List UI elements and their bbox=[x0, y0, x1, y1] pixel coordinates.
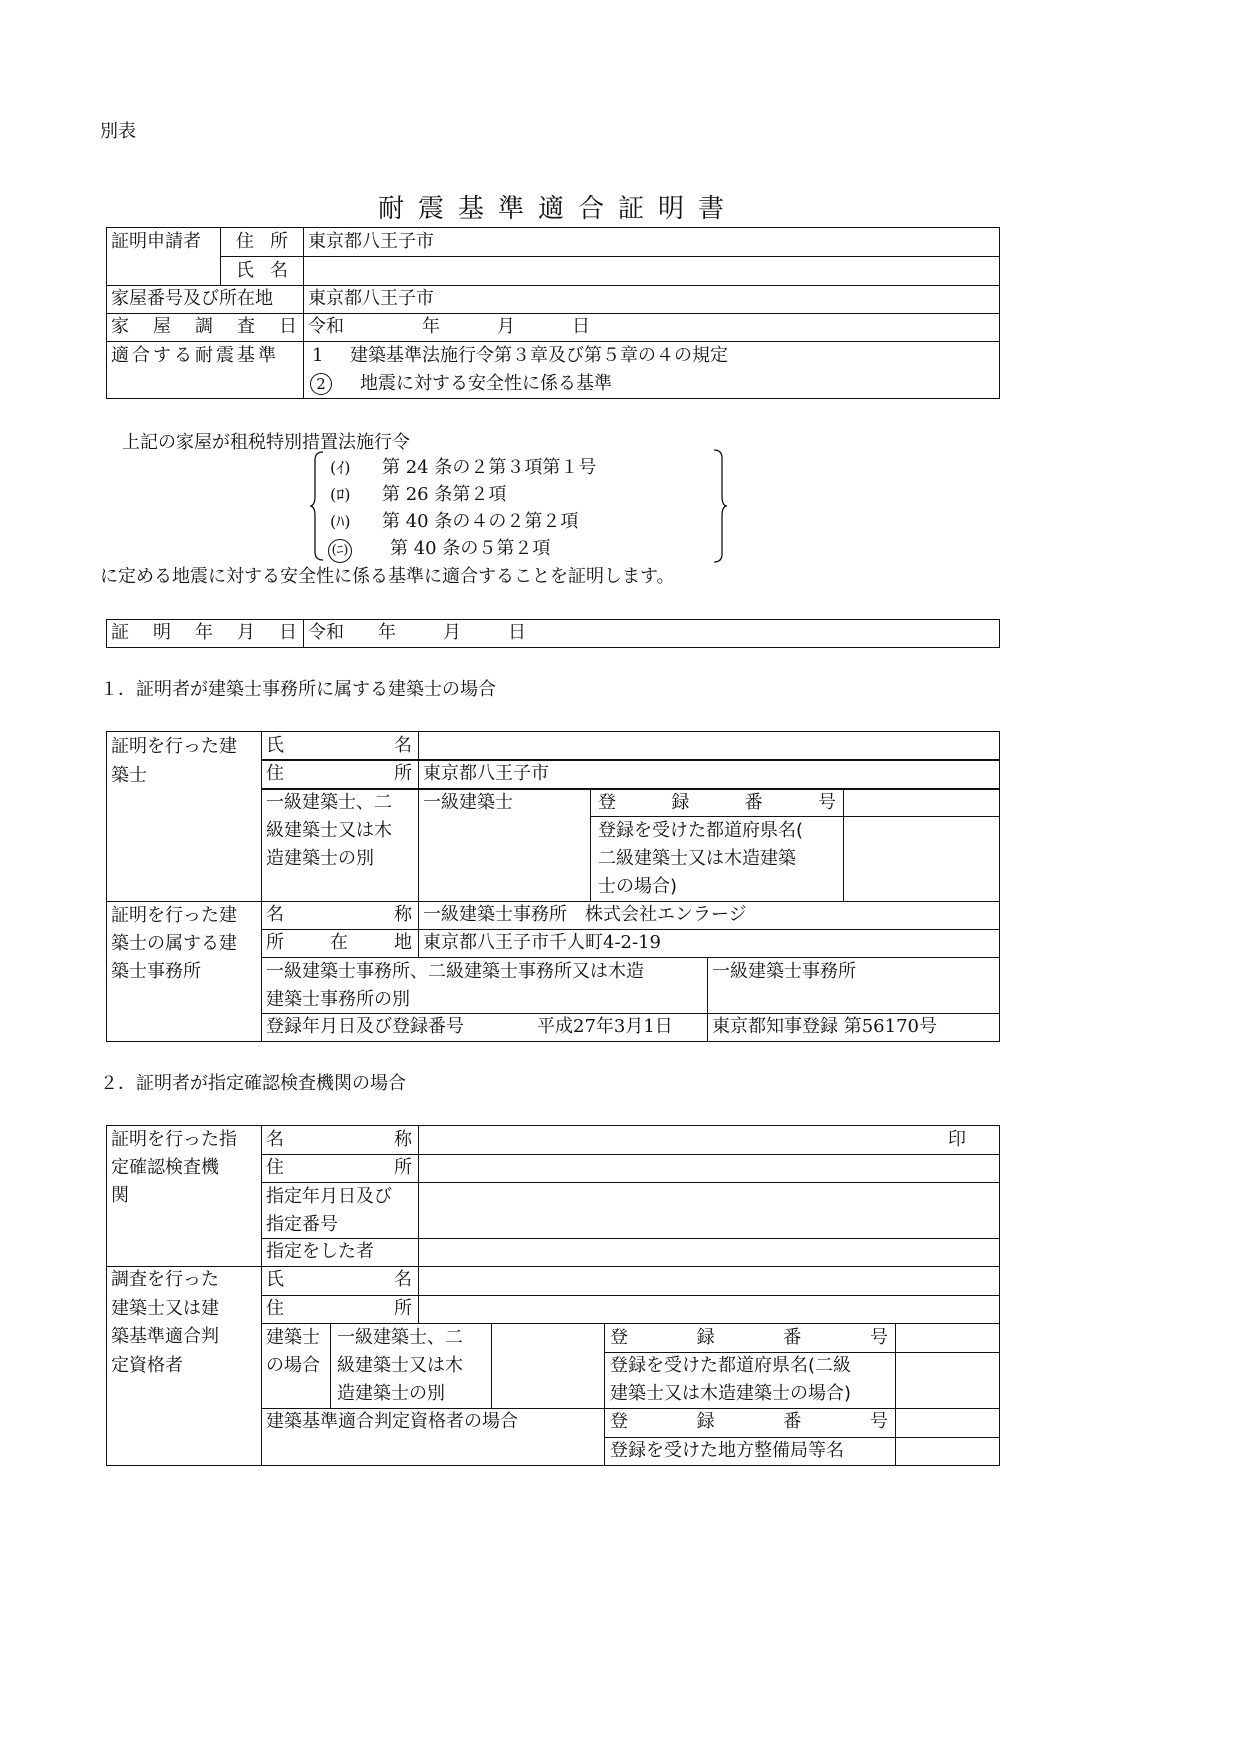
applicant-name-label: 氏名 bbox=[236, 257, 288, 285]
architect-label: 証明を行った建築士 bbox=[111, 732, 237, 790]
certificate-date-label: 証明年月日 bbox=[111, 619, 297, 647]
architect-address-label: 住所 bbox=[266, 760, 412, 788]
office-name-label: 名称 bbox=[266, 901, 412, 929]
survey-date-label: 家屋調査日 bbox=[111, 313, 297, 341]
agency-name-value[interactable] bbox=[423, 1126, 923, 1152]
surveyor-reg-no-value[interactable] bbox=[900, 1324, 996, 1350]
designator-label: 指定をした者 bbox=[266, 1238, 374, 1266]
surveyor-name-value[interactable] bbox=[423, 1266, 993, 1292]
surveyor-class-value[interactable] bbox=[496, 1324, 600, 1406]
architect-name-label: 氏名 bbox=[266, 732, 412, 760]
designator-value[interactable] bbox=[423, 1238, 993, 1264]
house-number-label: 家屋番号及び所在地 bbox=[111, 285, 273, 313]
bureau-label: 登録を受けた地方整備局等名 bbox=[610, 1437, 844, 1465]
surveyor-label: 調査を行った建築士又は建築基準適合判定資格者 bbox=[111, 1266, 219, 1380]
surveyor-address-value[interactable] bbox=[423, 1295, 993, 1321]
agency-label: 証明を行った指定確認検査機関 bbox=[111, 1126, 237, 1210]
office-location-label: 所在地 bbox=[266, 929, 412, 957]
architect-prefecture-value[interactable] bbox=[848, 817, 994, 899]
bureau-value[interactable] bbox=[900, 1437, 996, 1463]
page-title: 耐震基準適合証明書 bbox=[378, 188, 738, 225]
office-location-value[interactable]: 東京都八王子市千人町4-2-19 bbox=[423, 929, 661, 957]
selected-circle-icon: 2 bbox=[310, 373, 332, 395]
agency-name-label: 名称 bbox=[266, 1126, 412, 1154]
applicant-label: 証明申請者 bbox=[111, 228, 201, 256]
office-reg-label: 登録年月日及び登録番号 bbox=[266, 1013, 464, 1041]
designation-value[interactable] bbox=[423, 1183, 993, 1237]
designation-label: 指定年月日及び指定番号 bbox=[266, 1183, 392, 1239]
surveyor-prefecture-label: 登録を受けた都道府県名(二級建築士又は木造建築士の場合) bbox=[610, 1352, 851, 1408]
applicant-name-value[interactable] bbox=[308, 257, 988, 283]
architect-prefecture-label: 登録を受けた都道府県名(二級建築士又は木造建築士の場合) bbox=[598, 817, 803, 901]
agency-address-label: 住所 bbox=[266, 1154, 412, 1182]
seismic-standard-label: 適合する耐震基準 bbox=[111, 342, 279, 370]
judge-case-label: 建築基準適合判定資格者の場合 bbox=[266, 1408, 518, 1436]
office-class-value[interactable]: 一級建築士事務所 bbox=[712, 958, 856, 986]
agency-address-value[interactable] bbox=[423, 1154, 993, 1180]
office-class-label: 一級建築士事務所、二級建築士事務所又は木造建築士事務所の別 bbox=[266, 958, 644, 1014]
architect-reg-no-value[interactable] bbox=[848, 789, 994, 815]
surveyor-name-label: 氏名 bbox=[266, 1266, 412, 1294]
house-number-value[interactable]: 東京都八王子市 bbox=[308, 285, 434, 313]
selected-circle-icon: (ﾆ) bbox=[328, 539, 352, 563]
statement-conclusion: に定める地震に対する安全性に係る基準に適合することを証明します。 bbox=[100, 563, 675, 591]
statement-intro: 上記の家屋が租税特別措置法施行令 bbox=[122, 429, 410, 457]
section-1-heading: １．証明者が建築士事務所に属する建築士の場合 bbox=[100, 676, 496, 704]
attachment-label: 別表 bbox=[100, 118, 136, 146]
architect-name-value[interactable] bbox=[423, 732, 993, 758]
architect-address-value[interactable]: 東京都八王子市 bbox=[423, 760, 549, 788]
applicant-address-value[interactable]: 東京都八王子市 bbox=[308, 228, 434, 256]
seal-mark: 印 bbox=[948, 1126, 966, 1154]
architect-reg-no-label: 登録番号 bbox=[598, 789, 836, 817]
judge-reg-no-label: 登録番号 bbox=[610, 1408, 888, 1436]
section-2-heading: ２．証明者が指定確認検査機関の場合 bbox=[100, 1070, 406, 1098]
office-name-value[interactable]: 一級建築士事務所 株式会社エンラージ bbox=[423, 901, 747, 929]
office-reg-date[interactable]: 平成27年3月1日 bbox=[537, 1013, 673, 1041]
surveyor-prefecture-value[interactable] bbox=[900, 1352, 996, 1406]
surveyor-address-label: 住所 bbox=[266, 1295, 412, 1323]
architect-class-label: 一級建築士、二級建築士又は木造建築士の別 bbox=[266, 789, 392, 873]
office-reg-value[interactable]: 東京都知事登録 第56170号 bbox=[712, 1013, 937, 1041]
surveyor-reg-no-label: 登録番号 bbox=[610, 1324, 888, 1352]
right-brace-icon bbox=[712, 448, 728, 564]
judge-reg-no-value[interactable] bbox=[900, 1408, 996, 1434]
architect-class-value[interactable]: 一級建築士 bbox=[423, 789, 513, 817]
surveyor-class-label: 一級建築士、二級建築士又は木造建築士の別 bbox=[337, 1324, 463, 1408]
office-label: 証明を行った建築士の属する建築士事務所 bbox=[111, 902, 237, 986]
applicant-address-label: 住所 bbox=[236, 228, 288, 256]
left-brace-icon bbox=[309, 450, 325, 562]
architect-case-label: 建築士の場合 bbox=[266, 1324, 320, 1380]
